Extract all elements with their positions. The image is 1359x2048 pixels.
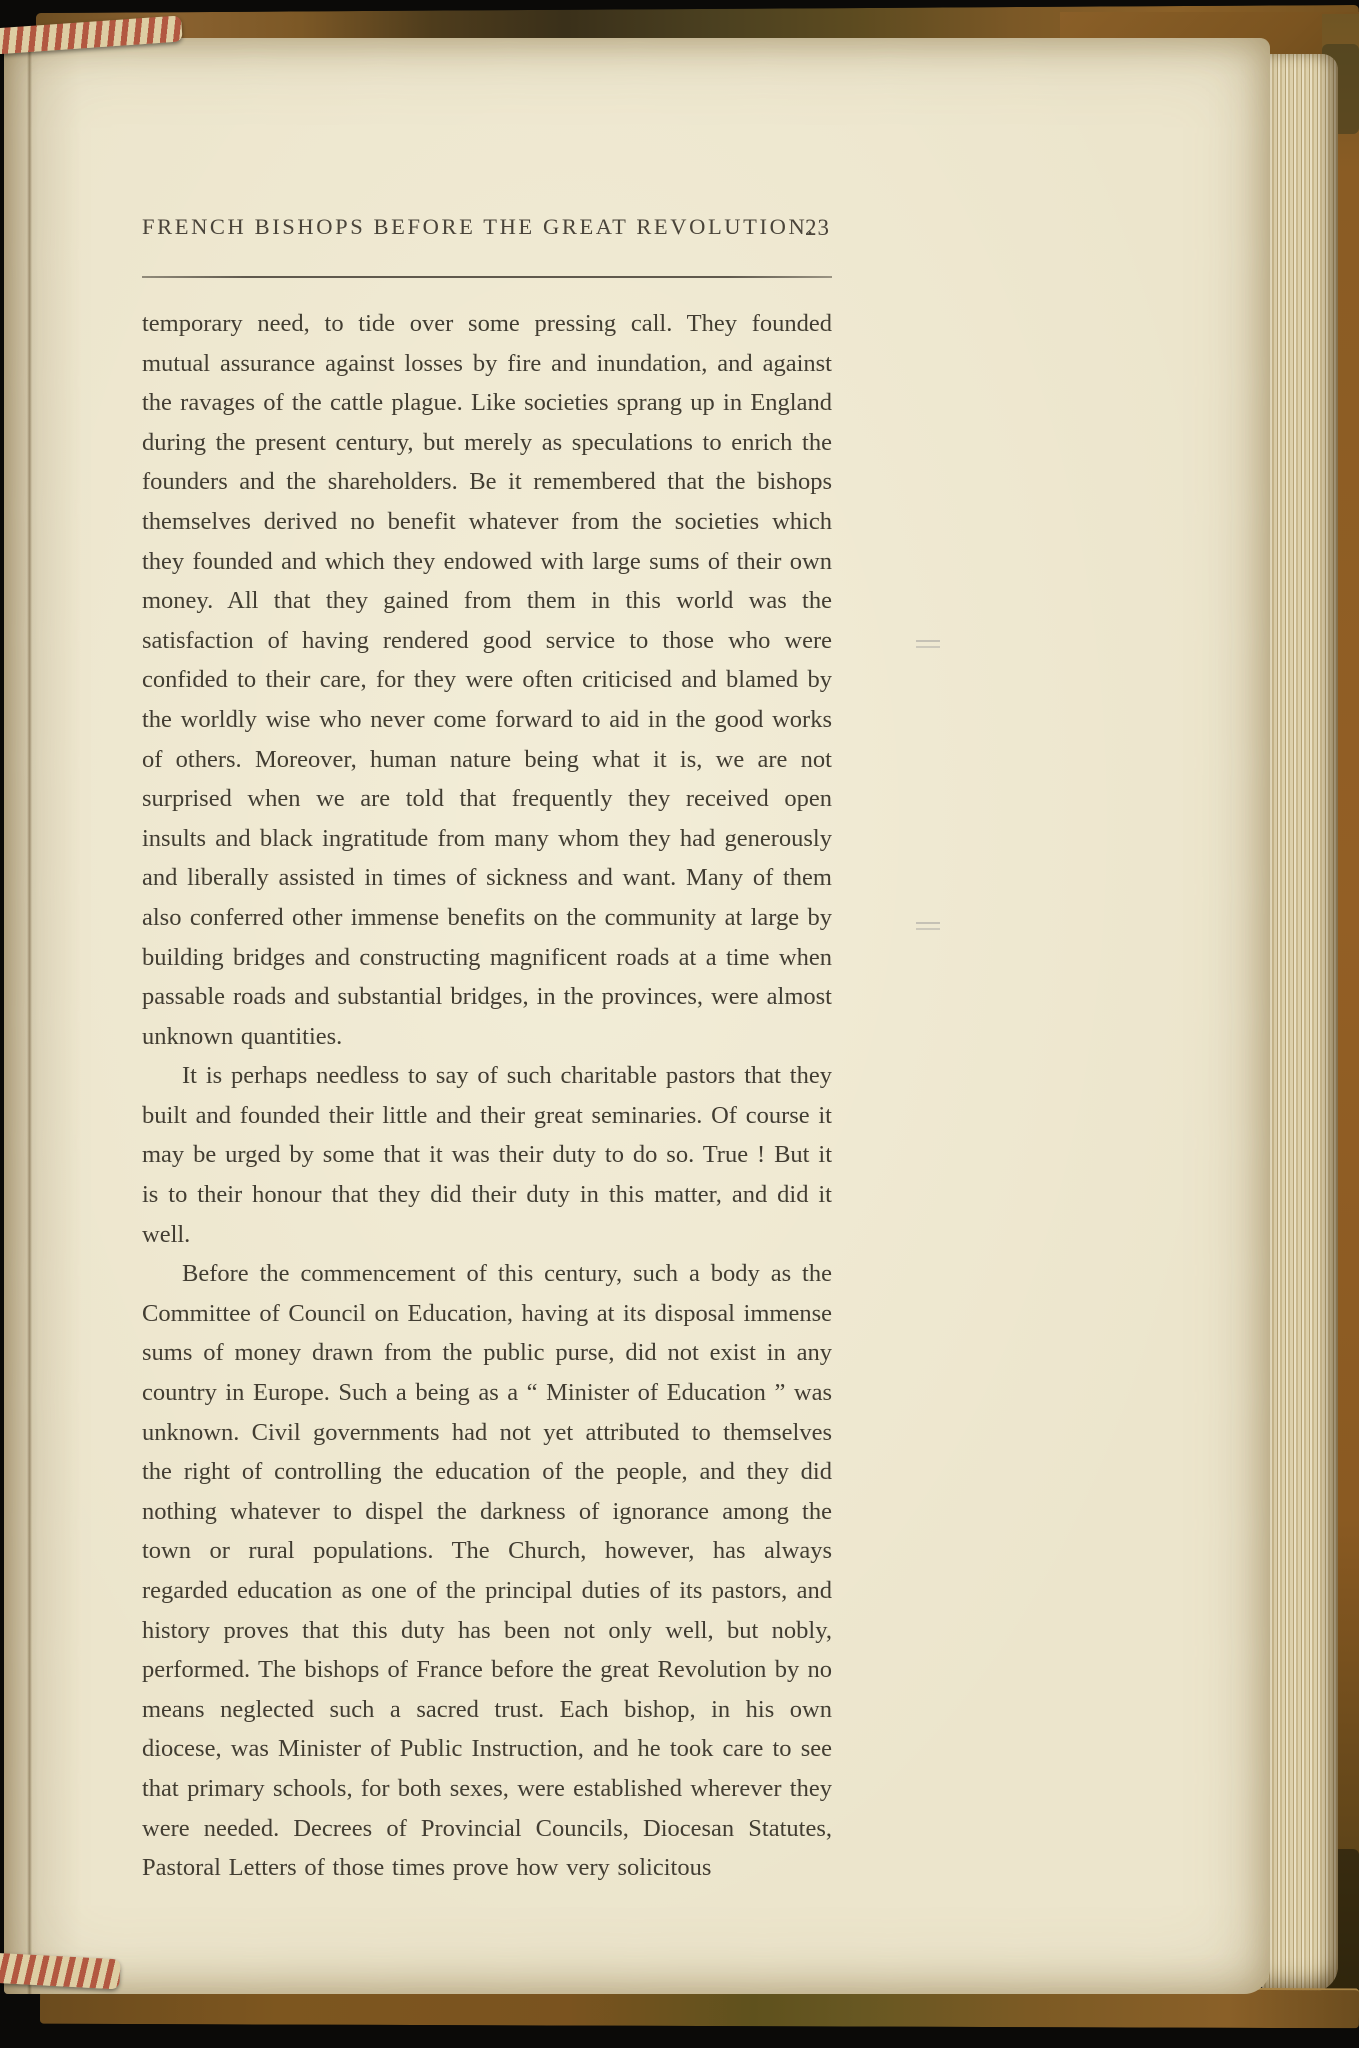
paragraph-3: Before the commencement of this century,… xyxy=(142,1254,832,1888)
margin-pencil-mark xyxy=(916,922,940,924)
running-header: FRENCH BISHOPS BEFORE THE GREAT REVOLUTI… xyxy=(142,214,832,240)
page-gutter-shadow xyxy=(4,38,82,1994)
page-text-block: FRENCH BISHOPS BEFORE THE GREAT REVOLUTI… xyxy=(142,38,832,1994)
header-rule xyxy=(142,276,832,278)
page-body-text: temporary need, to tide over some pressi… xyxy=(142,304,832,1888)
headband-bottom xyxy=(0,1953,121,1990)
paragraph-2: It is perhaps needless to say of such ch… xyxy=(142,1056,832,1254)
paragraph-1: temporary need, to tide over some pressi… xyxy=(142,304,832,1056)
page-crease xyxy=(27,38,32,1994)
page-edges-stack xyxy=(1262,54,1338,1992)
scanned-book-photo: FRENCH BISHOPS BEFORE THE GREAT REVOLUTI… xyxy=(0,0,1359,2048)
running-title: FRENCH BISHOPS BEFORE THE GREAT REVOLUTI… xyxy=(142,214,850,239)
page-number: 23 xyxy=(805,215,830,241)
margin-pencil-mark xyxy=(916,640,940,642)
book-page: FRENCH BISHOPS BEFORE THE GREAT REVOLUTI… xyxy=(4,38,1270,1994)
